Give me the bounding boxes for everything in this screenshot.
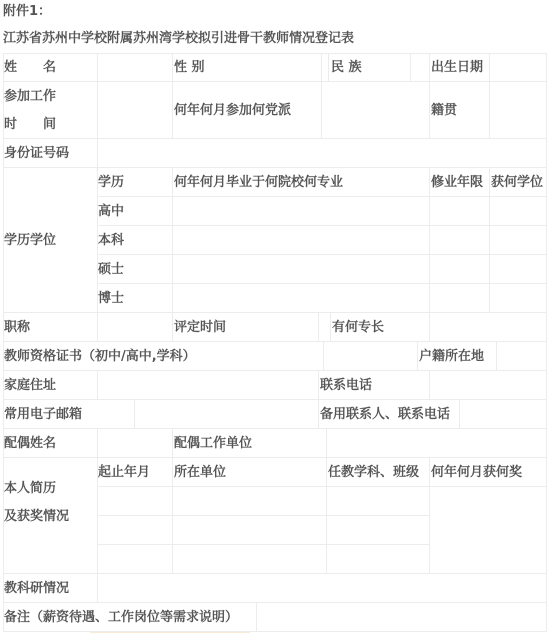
- work-start-label-line1: 参加工作: [4, 89, 56, 105]
- title-rank-label: 职称: [4, 320, 30, 336]
- spouse-work-value-cell[interactable]: [326, 428, 547, 458]
- research-value-cell[interactable]: [97, 573, 547, 603]
- edu-school-input[interactable]: [172, 283, 430, 313]
- edu-qual-input[interactable]: [489, 196, 547, 226]
- edu-qual-input[interactable]: [489, 225, 547, 255]
- hukou-value-cell[interactable]: [496, 341, 547, 371]
- edu-years-input[interactable]: [429, 283, 490, 313]
- phone-label: 联系电话: [320, 378, 372, 394]
- edu-header-qualification: 获何学位: [491, 175, 543, 191]
- id-number-label: 身份证号码: [4, 146, 69, 162]
- edu-level-label: 博士: [98, 291, 124, 307]
- research-label: 教科研情况: [4, 581, 69, 597]
- native-place-label: 籍贯: [431, 103, 457, 119]
- resume-period-input[interactable]: [97, 486, 173, 516]
- resume-subject-input[interactable]: [326, 486, 430, 516]
- edu-header-degree: 学历: [98, 175, 124, 191]
- edu-level-label: 本科: [98, 233, 124, 249]
- resume-award-input[interactable]: [429, 486, 547, 574]
- remarks-label: 备注（薪资待遇、工作岗位等需求说明）: [4, 610, 238, 626]
- resume-header-unit: 所在单位: [174, 465, 226, 481]
- resume-subject-input[interactable]: [326, 515, 430, 545]
- home-address-label: 家庭住址: [4, 378, 56, 394]
- email-value-cell[interactable]: [134, 399, 319, 429]
- gender-label: 性 别: [174, 60, 205, 76]
- form-title: 江苏省苏州中学校附属苏州湾学校拟引进骨干教师情况登记表: [3, 31, 354, 47]
- education-section-label: 学历学位: [4, 233, 56, 249]
- edu-years-input[interactable]: [429, 225, 490, 255]
- work-start-label-line2: 时 间: [4, 117, 56, 133]
- resume-unit-input[interactable]: [172, 486, 327, 516]
- specialty-value-cell[interactable]: [429, 312, 547, 342]
- ethnicity-label: 民 族: [331, 60, 362, 76]
- name-label: 姓 名: [4, 60, 56, 76]
- edu-level-label: 硕士: [98, 262, 124, 278]
- name-value-cell[interactable]: [97, 53, 173, 82]
- edu-school-input[interactable]: [172, 196, 430, 226]
- resume-header-period: 起止年月: [98, 465, 150, 481]
- birth-date-label: 出生日期: [431, 60, 483, 76]
- title-rank-value-cell[interactable]: [97, 312, 173, 342]
- assess-time-label: 评定时间: [174, 320, 226, 336]
- resume-period-input[interactable]: [97, 544, 173, 574]
- resume-period-input[interactable]: [97, 515, 173, 545]
- edu-level-label: 高中: [98, 204, 124, 220]
- spouse-name-label: 配偶姓名: [4, 436, 56, 452]
- resume-subject-input[interactable]: [326, 544, 430, 574]
- party-value-cell[interactable]: [321, 81, 430, 139]
- email-label: 常用电子邮箱: [4, 407, 82, 423]
- remarks-value-cell[interactable]: [256, 602, 547, 632]
- edu-qual-input[interactable]: [489, 283, 547, 313]
- edu-header-school: 何年何月毕业于何院校何专业: [174, 175, 343, 191]
- home-address-value-cell[interactable]: [97, 370, 319, 400]
- edu-years-input[interactable]: [429, 254, 490, 284]
- edu-header-years: 修业年限: [431, 175, 483, 191]
- edu-school-input[interactable]: [172, 254, 430, 284]
- resume-label-line1: 本人简历: [4, 481, 56, 497]
- ethnicity-value-cell[interactable]: [410, 53, 430, 82]
- resume-unit-input[interactable]: [172, 544, 327, 574]
- teacher-cert-value-cell[interactable]: [323, 341, 418, 371]
- id-value-cell[interactable]: [97, 138, 547, 168]
- birth-value-cell[interactable]: [489, 53, 547, 82]
- resume-unit-input[interactable]: [172, 515, 327, 545]
- spouse-work-label: 配偶工作单位: [174, 436, 252, 452]
- work-start-value-cell[interactable]: [97, 81, 173, 139]
- resume-header-subject: 任教学科、班级: [328, 465, 419, 481]
- specialty-label: 有何专长: [332, 320, 384, 336]
- attachment-label: 附件1：: [3, 4, 51, 20]
- resume-label-line2: 及获奖情况: [4, 509, 69, 525]
- backup-contact-value-cell[interactable]: [459, 399, 547, 429]
- edu-qual-input[interactable]: [489, 254, 547, 284]
- edu-school-input[interactable]: [172, 225, 430, 255]
- edu-years-input[interactable]: [429, 196, 490, 226]
- resume-header-award: 何年何月获何奖: [431, 465, 522, 481]
- native-place-value-cell[interactable]: [489, 81, 547, 139]
- spouse-name-value-cell[interactable]: [97, 428, 173, 458]
- party-join-label: 何年何月参加何党派: [174, 103, 291, 119]
- teacher-cert-label: 教师资格证书（初中/高中,学科）: [4, 349, 196, 365]
- hukou-label: 户籍所在地: [419, 349, 484, 365]
- phone-value-cell[interactable]: [429, 370, 547, 400]
- backup-contact-label: 备用联系人、联系电话: [320, 407, 450, 423]
